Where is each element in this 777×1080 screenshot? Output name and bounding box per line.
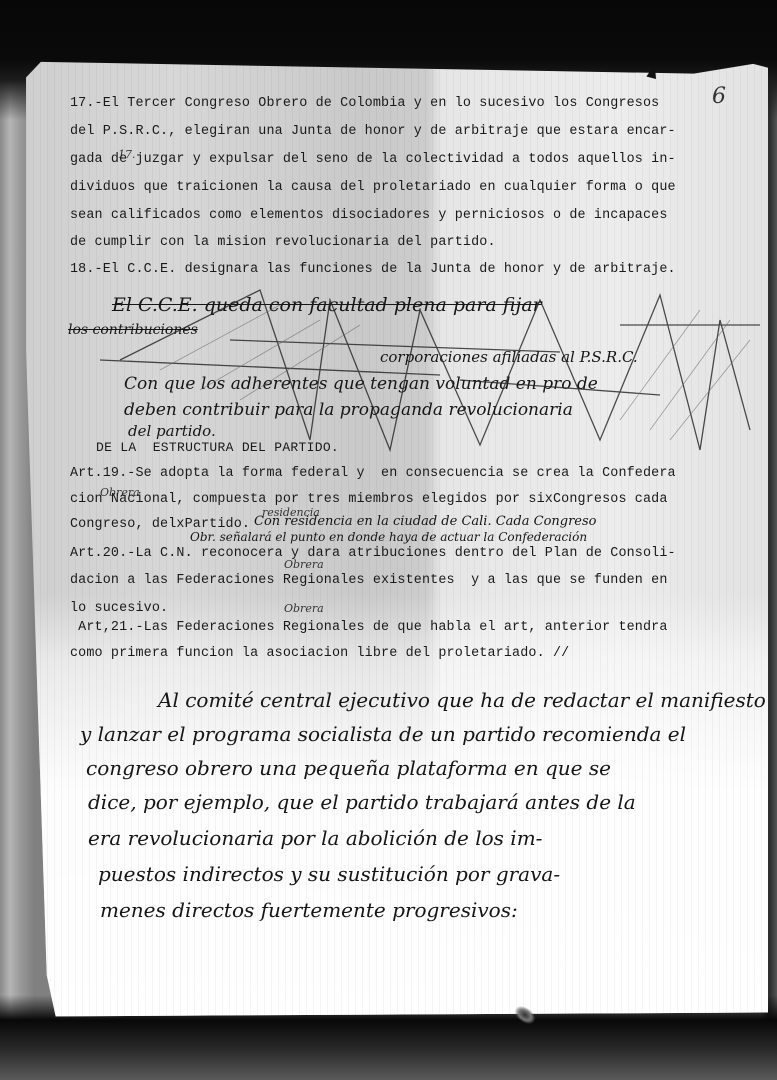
struck-handwriting: del partido.: [128, 422, 216, 440]
article-line: Art,21.-Las Federaciones Regionales de q…: [70, 620, 668, 635]
typed-line: 17.-El Tercer Congreso Obrero de Colombi…: [70, 96, 659, 111]
article-line: Art.19.-Se adopta la forma federal y en …: [70, 466, 676, 481]
interlinear-note: Obrera: [284, 602, 324, 615]
typed-line: de cumplir con la mision revolucionaria …: [70, 235, 496, 250]
interlinear-note: Con residencia en la ciudad de Cali. Cad…: [254, 514, 597, 529]
typed-line: sean calificados como elementos disociad…: [70, 208, 668, 223]
struck-handwriting: los contribuciones: [68, 322, 198, 338]
handwritten-line: y lanzar el programa socialista de un pa…: [80, 722, 686, 746]
typed-line: gada de juzgar y expulsar del seno de la…: [70, 152, 676, 167]
article-line: cion Nacional, compuesta por tres miembr…: [70, 492, 668, 507]
handwritten-line: menes directos fuertemente progresivos:: [100, 898, 518, 922]
page-number: 6: [712, 84, 726, 109]
article-line: Art.20.-La C.N. reconocera y dara atribu…: [70, 546, 676, 561]
handwritten-line: dice, por ejemplo, que el partido trabaj…: [88, 790, 636, 814]
article-line: como primera funcion la asociacion libre…: [70, 646, 569, 661]
handwritten-line: Al comité central ejecutivo que ha de re…: [158, 688, 766, 712]
typed-line: 18.-El C.C.E. designara las funciones de…: [70, 262, 676, 277]
struck-handwriting: corporaciones afiliadas al P.S.R.C.: [380, 348, 638, 366]
struck-handwriting: El C.C.E. queda con facultad plena para …: [112, 294, 542, 316]
article-line: dacion a las Federaciones Regionales exi…: [70, 573, 668, 588]
section-heading: DE LA ESTRUCTURA DEL PARTIDO.: [96, 440, 339, 455]
typed-line: del P.S.R.C., elegiran una Junta de hono…: [70, 124, 676, 139]
handwritten-line: congreso obrero una pequeña plataforma e…: [86, 756, 611, 780]
struck-handwriting: deben contribuir para la propaganda revo…: [124, 400, 573, 420]
struck-handwriting: Con que los adherentes que tengan volunt…: [124, 374, 598, 394]
typed-line: dividuos que traicionen la causa del pro…: [70, 180, 676, 195]
handwritten-line: era revolucionaria por la abolición de l…: [88, 826, 542, 850]
interlinear-note: Obr. señalará el punto en donde haya de …: [190, 530, 587, 544]
handwritten-line: puestos indirectos y su sustitución por …: [98, 862, 560, 886]
document-page: [26, 56, 768, 1034]
article-line: lo sucesivo.: [70, 601, 168, 616]
interlinear-note: Obrera: [284, 558, 324, 571]
